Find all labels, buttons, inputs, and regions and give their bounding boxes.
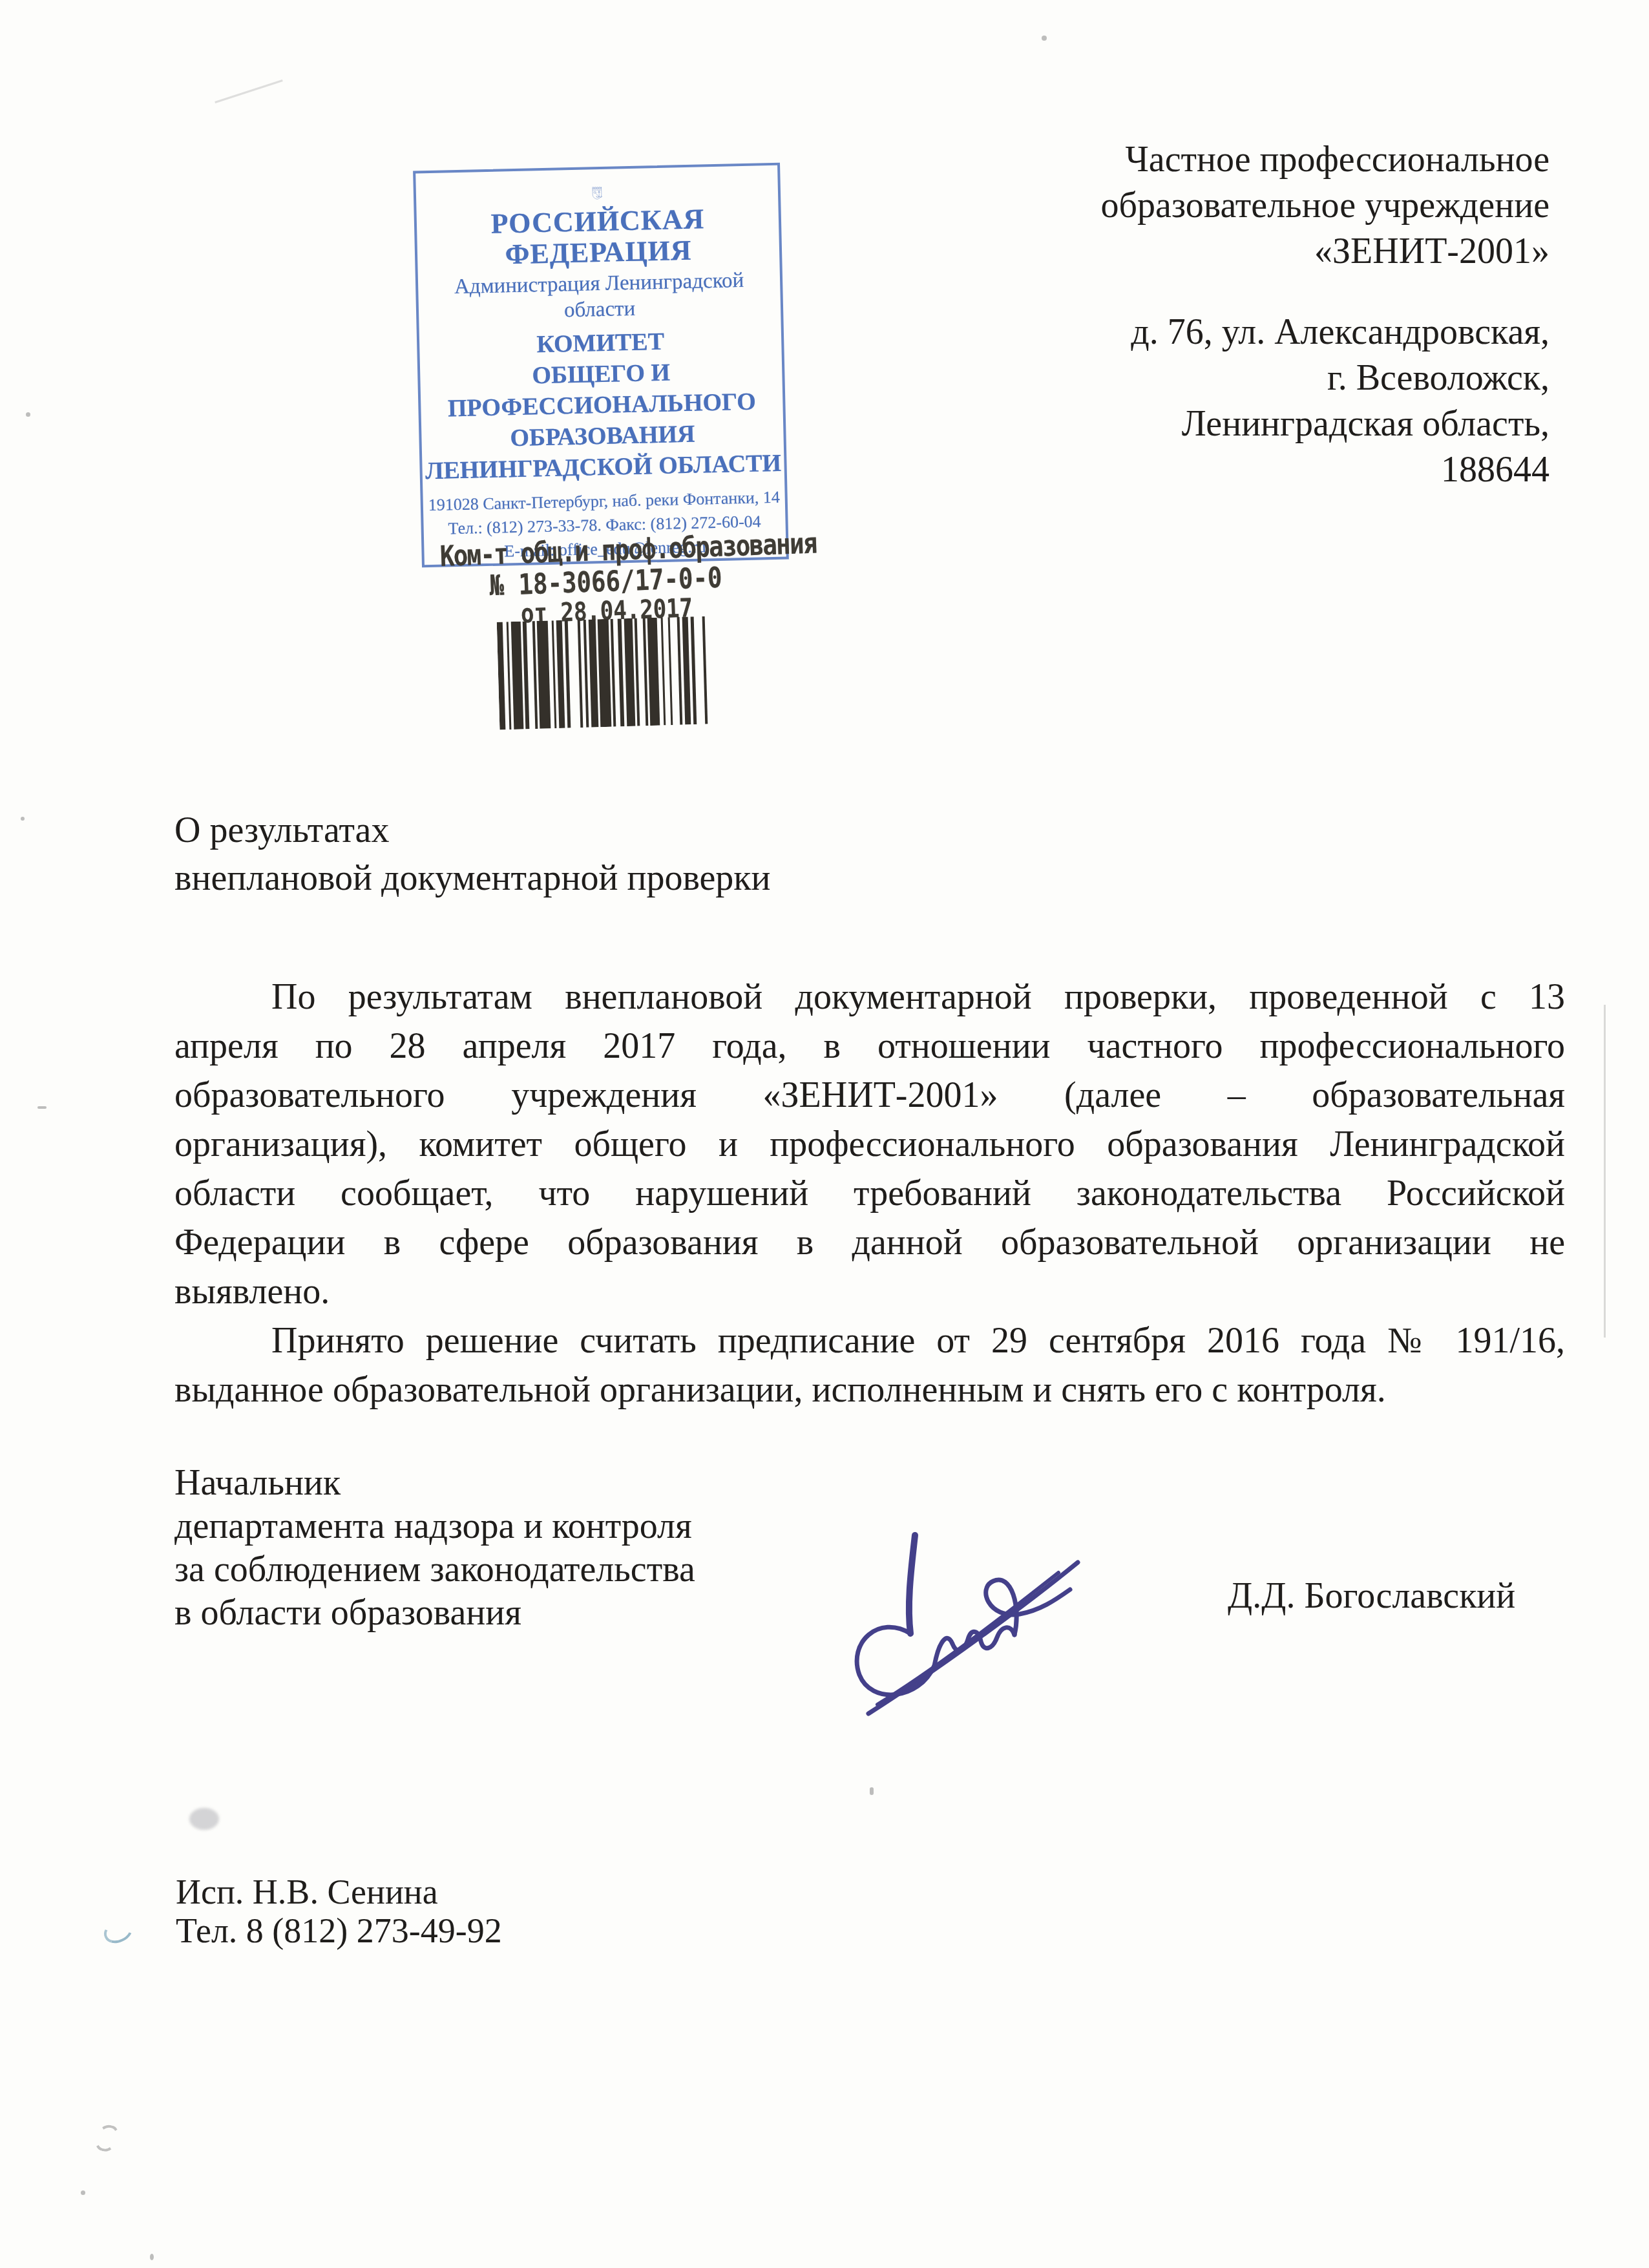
recipient-address-line2: г. Всеволожск, xyxy=(968,355,1549,401)
body-line: образовательного учреждения «ЗЕНИТ-2001»… xyxy=(174,1071,1565,1120)
subject-line2: внеплановой документарной проверки xyxy=(174,854,771,902)
signatory-position-line3: за соблюдением законодательства xyxy=(174,1548,695,1591)
recipient-address-line1: д. 76, ул. Александровская, xyxy=(968,310,1549,355)
scan-artifact-scratch xyxy=(215,79,283,103)
handwritten-signature xyxy=(840,1506,1111,1725)
body-line: По результатам внеплановой документарной… xyxy=(174,972,1565,1022)
coat-of-arms-icon xyxy=(552,185,642,200)
body-line: апреля по 28 апреля 2017 года, в отношен… xyxy=(174,1022,1565,1071)
recipient-address: д. 76, ул. Александровская, г. Всеволожс… xyxy=(968,310,1549,493)
recipient-name-line1: Частное профессиональное xyxy=(968,137,1549,183)
scan-artifact-smudge xyxy=(189,1808,219,1830)
body-line: Федерации в сфере образования в данной о… xyxy=(174,1218,1565,1267)
recipient-name-line2: образовательное учреждение xyxy=(968,183,1549,229)
letter-body: По результатам внеплановой документарной… xyxy=(174,972,1565,1414)
scan-artifact-squiggle xyxy=(92,2123,120,2154)
recipient-address-line4: 188644 xyxy=(968,447,1549,493)
executor-phone: Тел. 8 (812) 273-49-92 xyxy=(176,1911,502,1950)
body-line: выявлено. xyxy=(174,1267,1565,1316)
scan-artifact-speck xyxy=(37,1106,47,1109)
executor-block: Исп. Н.В. Сенина Тел. 8 (812) 273-49-92 xyxy=(176,1873,502,1950)
letterhead-stamp: РОССИЙСКАЯ ФЕДЕРАЦИЯ Администрация Ленин… xyxy=(413,163,789,568)
scan-artifact-edge-line xyxy=(1604,1005,1606,1338)
body-line: выданное образовательной организации, ис… xyxy=(174,1365,1565,1414)
stamp-committee-line2: ОБЩЕГО И ПРОФЕССИОНАЛЬНОГО xyxy=(420,355,783,425)
stamp-administration-line: Администрация Ленинградской области xyxy=(418,267,781,327)
scan-artifact-ink-mark xyxy=(100,1915,136,1948)
subject-line1: О результатах xyxy=(174,806,771,854)
body-line: организация), комитет общего и профессио… xyxy=(174,1120,1565,1169)
scan-artifact-speck xyxy=(1042,36,1047,41)
subject-block: О результатах внеплановой документарной … xyxy=(174,806,771,902)
body-line: Принято решение считать предписание от 2… xyxy=(174,1316,1565,1365)
signatory-name: Д.Д. Богославский xyxy=(1228,1575,1515,1617)
scan-artifact-speck xyxy=(21,817,25,821)
signatory-position-line2: департамента надзора и контроля xyxy=(174,1505,695,1548)
paragraph-2: Принято решение считать предписание от 2… xyxy=(174,1316,1565,1414)
scanned-letter-page: РОССИЙСКАЯ ФЕДЕРАЦИЯ Администрация Ленин… xyxy=(0,0,1649,2268)
recipient-name-line3: «ЗЕНИТ-2001» xyxy=(968,229,1549,275)
recipient-address-line3: Ленинградская область, xyxy=(968,401,1549,447)
scan-artifact-speck xyxy=(870,1787,874,1795)
barcode xyxy=(497,616,715,730)
signatory-position-line4: в области образования xyxy=(174,1591,695,1635)
executor-name: Исп. Н.В. Сенина xyxy=(176,1873,502,1911)
signatory-position-line1: Начальник xyxy=(174,1462,695,1505)
registration-stamp: Ком-т общ.и проф.образования № 18-3066/1… xyxy=(439,529,772,631)
scan-artifact-speck xyxy=(81,2190,85,2195)
recipient-block: Частное профессиональное образовательное… xyxy=(968,137,1549,493)
stamp-committee-name: КОМИТЕТ ОБЩЕГО И ПРОФЕССИОНАЛЬНОГО ОБРАЗ… xyxy=(419,324,784,487)
paragraph-1: По результатам внеплановой документарной… xyxy=(174,972,1565,1316)
stamp-country-line: РОССИЙСКАЯ ФЕДЕРАЦИЯ xyxy=(416,202,779,273)
scan-artifact-speck xyxy=(26,412,30,417)
signatory-position-block: Начальник департамента надзора и контрол… xyxy=(174,1462,695,1635)
body-line: области сообщает, что нарушений требован… xyxy=(174,1169,1565,1218)
scan-artifact-speck xyxy=(150,2254,154,2260)
